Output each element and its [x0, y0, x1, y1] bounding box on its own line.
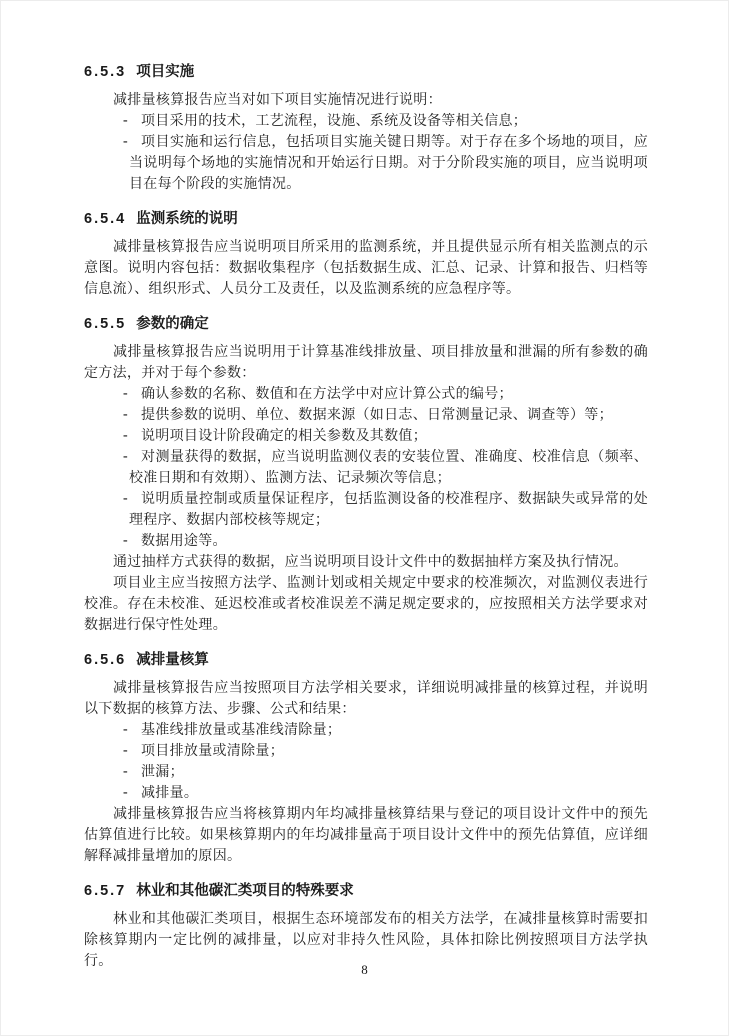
bullet-dash: -: [123, 530, 128, 551]
list-item: - 泄漏；: [84, 762, 648, 783]
page-content: 6.5.3项目实施 减排量核算报告应当对如下项目实施情况进行说明： - 项目采用…: [84, 61, 648, 972]
paragraph: 减排量核算报告应当说明用于计算基准线排放量、项目排放量和泄漏的所有参数的确定方法…: [84, 342, 648, 384]
list-item: - 确认参数的名称、数值和在方法学中对应计算公式的编号；: [84, 384, 648, 405]
list-item-text: 项目采用的技术，工艺流程，设施、系统及设备等相关信息；: [141, 114, 527, 129]
bullet-dash: -: [123, 404, 128, 425]
paragraph: 项目业主应当按照方法学、监测计划或相关规定中要求的校准频次，对监测仪表进行校准。…: [84, 573, 648, 636]
section-number: 6.5.6: [84, 652, 126, 668]
section-title: 监测系统的说明: [136, 211, 238, 227]
section-number: 6.5.4: [84, 211, 126, 227]
section-heading-6-5-5: 6.5.5参数的确定: [84, 313, 648, 335]
bullet-dash: -: [123, 131, 128, 152]
list-item: - 说明质量控制或质量保证程序，包括监测设备的校准程序、数据缺失或异常的处理程序…: [84, 489, 648, 531]
document-page: 6.5.3项目实施 减排量核算报告应当对如下项目实施情况进行说明： - 项目采用…: [0, 0, 729, 1036]
list-item-text: 泄漏；: [141, 765, 184, 780]
section-title: 参数的确定: [136, 316, 209, 332]
list-item: - 基准线排放量或基准线清除量；: [84, 720, 648, 741]
list-item-text: 减排量。: [141, 786, 198, 801]
list-item-text: 基准线排放量或基准线清除量；: [141, 723, 341, 738]
list-item-text: 确认参数的名称、数值和在方法学中对应计算公式的编号；: [141, 387, 513, 402]
paragraph: 减排量核算报告应当按照项目方法学相关要求，详细说明减排量的核算过程，并说明以下数…: [84, 678, 648, 720]
bullet-dash: -: [123, 761, 128, 782]
paragraph: 减排量核算报告应当将核算期内年均减排量核算结果与登记的项目设计文件中的预先估算值…: [84, 804, 648, 867]
bullet-dash: -: [123, 488, 128, 509]
list-item: - 项目排放量或清除量；: [84, 741, 648, 762]
bullet-dash: -: [123, 782, 128, 803]
section-title: 林业和其他碳汇类项目的特殊要求: [136, 883, 354, 899]
list-item-text: 对测量获得的数据，应当说明监测仪表的安装位置、准确度、校准信息（频率、校准日期和…: [129, 450, 648, 486]
list-item: - 项目采用的技术，工艺流程，设施、系统及设备等相关信息；: [84, 111, 648, 132]
list-item-text: 项目实施和运行信息，包括项目实施关键日期等。对于存在多个场地的项目，应当说明每个…: [129, 135, 648, 192]
paragraph: 通过抽样方式获得的数据，应当说明项目设计文件中的数据抽样方案及执行情况。: [84, 552, 648, 573]
section-heading-6-5-7: 6.5.7林业和其他碳汇类项目的特殊要求: [84, 880, 648, 902]
list-item: - 减排量。: [84, 783, 648, 804]
bullet-dash: -: [123, 383, 128, 404]
section-number: 6.5.3: [84, 64, 126, 80]
section-title: 减排量核算: [136, 652, 209, 668]
bullet-dash: -: [123, 740, 128, 761]
list-item: - 说明项目设计阶段确定的相关参数及其数值；: [84, 426, 648, 447]
section-heading-6-5-4: 6.5.4监测系统的说明: [84, 208, 648, 230]
list-item-text: 数据用途等。: [141, 534, 227, 549]
section-title: 项目实施: [136, 64, 194, 80]
list-item: - 数据用途等。: [84, 531, 648, 552]
bullet-dash: -: [123, 110, 128, 131]
page-number: 8: [1, 962, 728, 978]
section-number: 6.5.5: [84, 316, 126, 332]
paragraph: 减排量核算报告应当对如下项目实施情况进行说明：: [84, 90, 648, 111]
list-item-text: 说明质量控制或质量保证程序，包括监测设备的校准程序、数据缺失或异常的处理程序、数…: [129, 492, 648, 528]
list-item: - 项目实施和运行信息，包括项目实施关键日期等。对于存在多个场地的项目，应当说明…: [84, 132, 648, 195]
list-item-text: 项目排放量或清除量；: [141, 744, 284, 759]
section-number: 6.5.7: [84, 883, 126, 899]
section-heading-6-5-6: 6.5.6减排量核算: [84, 649, 648, 671]
bullet-dash: -: [123, 446, 128, 467]
list-item: - 对测量获得的数据，应当说明监测仪表的安装位置、准确度、校准信息（频率、校准日…: [84, 447, 648, 489]
section-heading-6-5-3: 6.5.3项目实施: [84, 61, 648, 83]
list-item-text: 说明项目设计阶段确定的相关参数及其数值；: [141, 429, 427, 444]
list-item-text: 提供参数的说明、单位、数据来源（如日志、日常测量记录、调查等）等；: [141, 408, 613, 423]
bullet-dash: -: [123, 719, 128, 740]
paragraph: 减排量核算报告应当说明项目所采用的监测系统，并且提供显示所有相关监测点的示意图。…: [84, 237, 648, 300]
bullet-dash: -: [123, 425, 128, 446]
list-item: - 提供参数的说明、单位、数据来源（如日志、日常测量记录、调查等）等；: [84, 405, 648, 426]
